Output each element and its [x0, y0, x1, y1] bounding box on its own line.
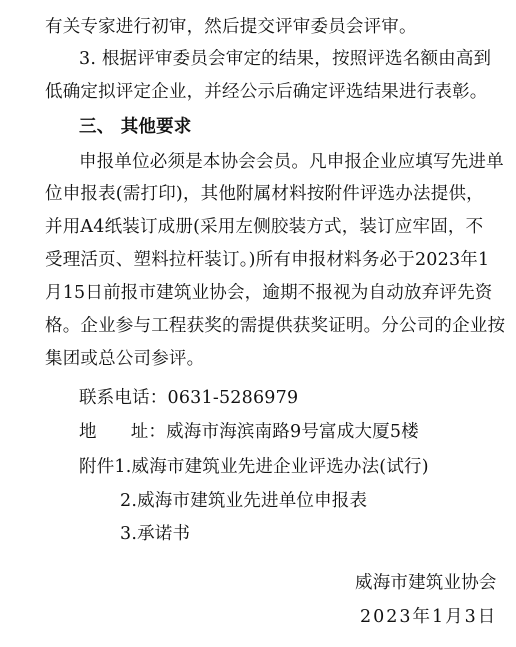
paragraph-line: 有关专家进行初审，然后提交评审委员会评审。 — [45, 16, 417, 38]
requirement-line: 位申报表(需打印)，其他附属材料按附件评选办法提供， — [45, 183, 484, 205]
requirement-line: 申报单位必须是本协会会员。凡申报企业应填写先进单 — [79, 151, 504, 173]
signature-organization: 威海市建筑业协会 — [355, 572, 497, 594]
requirement-line: 格。企业参与工程获奖的需提供获奖证明。分公司的企业按 — [45, 315, 505, 337]
address-value: 威海市海滨南路9号富成大厦5楼 — [166, 422, 419, 442]
requirement-line: 受理活页、塑料拉杆装订。)所有申报材料务必于2023年1 — [45, 249, 489, 271]
phone-label: 联系电话： — [79, 388, 168, 408]
address-label-part1: 地 — [79, 422, 97, 442]
requirement-line: 集团或总公司参评。 — [45, 348, 204, 370]
requirement-line: 并用A4纸装订成册(采用左侧胶装方式，装订应牢固，不 — [45, 216, 483, 238]
attachment-item: 附件1.威海市建筑业先进企业评选办法(试行) — [79, 456, 429, 478]
signature-date: 2023年1月3日 — [360, 606, 497, 628]
contact-address: 地址：威海市海滨南路9号富成大厦5楼 — [79, 421, 419, 443]
paragraph-line: 低确定拟评定企业，并经公示后确定评选结果进行表彰。 — [45, 81, 488, 103]
phone-number: 0631-5286979 — [168, 388, 299, 408]
attachment-item: 2.威海市建筑业先进单位申报表 — [120, 490, 367, 512]
requirement-line: 月15日前报市建筑业协会，逾期不报视为自动放弃评先资 — [45, 282, 492, 304]
list-item-3-line: 3. 根据评审委员会审定的结果，按照评选名额由高到 — [79, 48, 491, 70]
address-label-part2: 址： — [131, 422, 166, 442]
section-heading: 三、 其他要求 — [79, 116, 192, 138]
attachment-item: 3.承诺书 — [120, 523, 190, 545]
contact-phone: 联系电话：0631-5286979 — [79, 387, 298, 409]
